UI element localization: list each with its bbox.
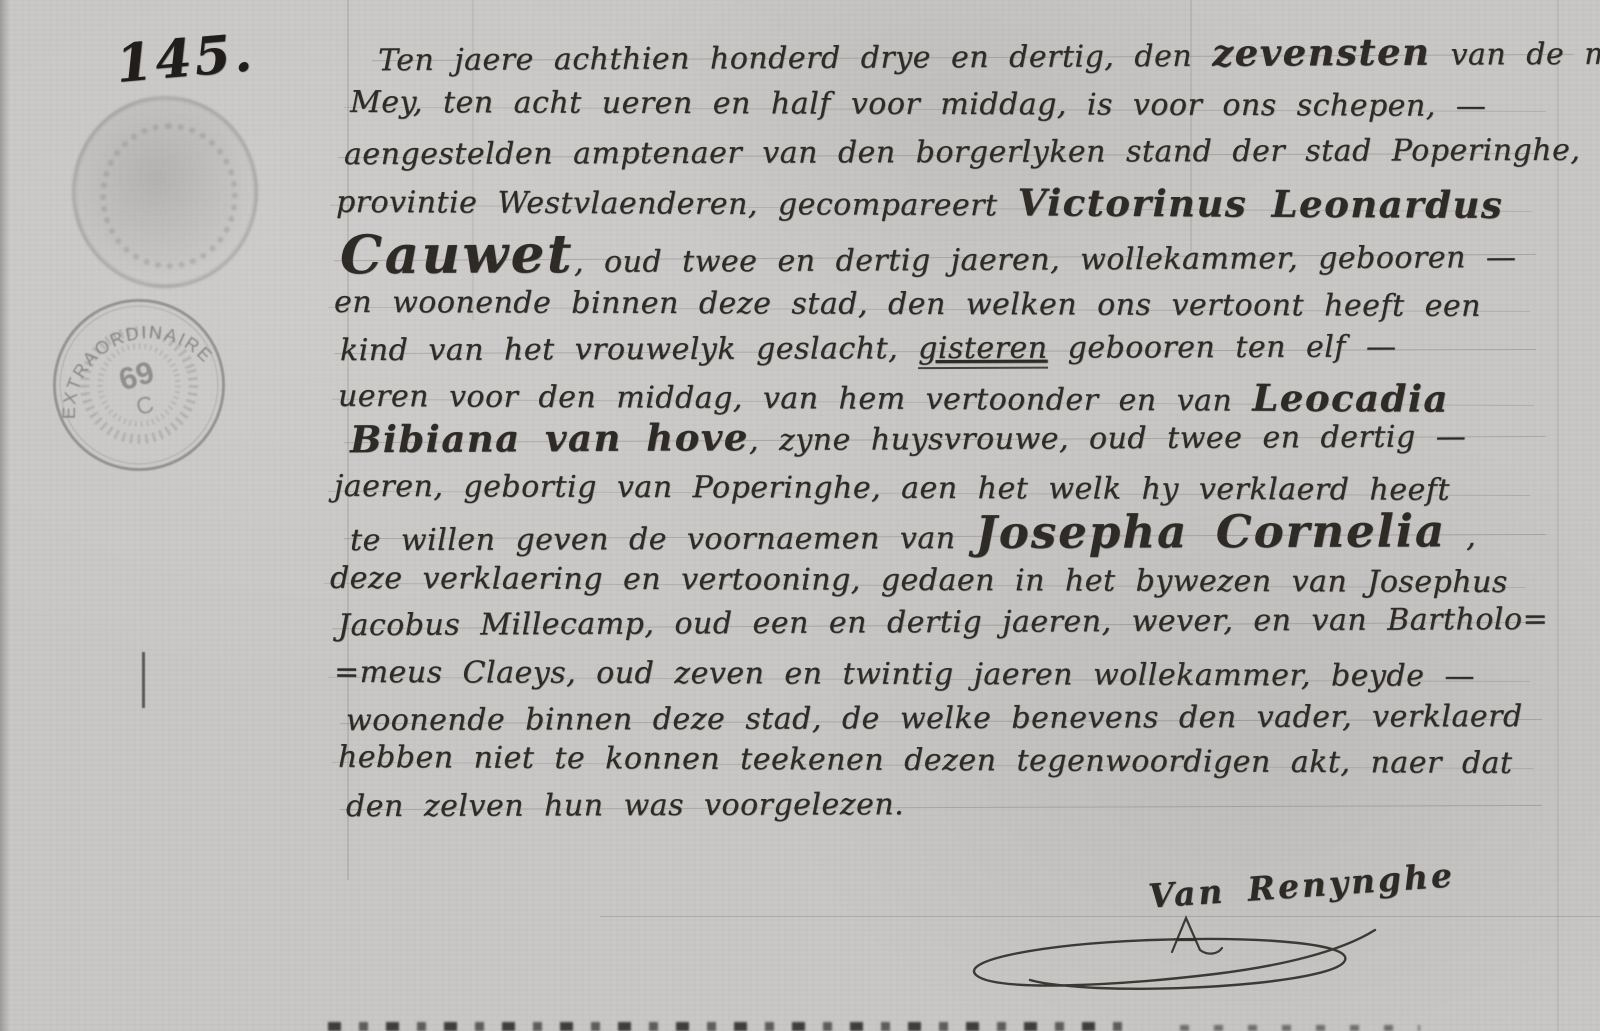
handwritten-line: hebben niet te konnen teekenen dezen teg… <box>338 743 1556 779</box>
handwritten-line: jaeren, gebortig van Poperinghe, aen het… <box>334 472 1552 506</box>
underlined-word: gisteren <box>918 331 1048 369</box>
handwritten-line: te willen geven de voornaemen van Joseph… <box>350 508 1568 557</box>
signature-flourish-icon <box>950 900 1390 1030</box>
next-record-cutoff-marks <box>328 1022 1128 1031</box>
text-segment: te willen geven de voornaemen van <box>350 521 976 558</box>
text-segment: gebooren ten elf — <box>1047 329 1396 365</box>
handwritten-line: kind van het vrouwelyk geslacht, gistere… <box>340 332 1558 366</box>
handwritten-line: Mey, ten acht ueren en half voor middag,… <box>350 88 1568 122</box>
text-segment: ueren voor den middag, van hem vertoonde… <box>338 379 1253 419</box>
act-number: 145. <box>114 22 257 95</box>
text-segment: Jacobus Millecamp, oud een en dertig jae… <box>338 602 1548 643</box>
text-segment: , zyne huysvrouwe, oud twee en dertig — <box>749 419 1466 458</box>
handwritten-line: provintie Westvlaenderen, gecompareert V… <box>336 181 1554 224</box>
text-segment: aengestelden amptenaer van den borgerlyk… <box>344 133 1580 172</box>
text-segment: kind van het vrouwelyk geslacht, <box>340 331 918 368</box>
text-segment: jaeren, gebortig van Poperinghe, aen het… <box>334 469 1450 508</box>
emphasized-name: Bibiana van hove <box>350 415 749 461</box>
emphasized-name: Josepha Cornelia <box>975 504 1446 559</box>
handwritten-line: en woonende binnen deze stad, den welken… <box>334 288 1552 322</box>
handwritten-line: deze verklaering en vertooning, gedaen i… <box>330 564 1548 598</box>
handwritten-line: Ten jaere achthien honderd drye en derti… <box>378 33 1596 76</box>
text-segment: , oud twee en dertig jaeren, wollekammer… <box>574 240 1517 280</box>
text-segment: Mey, ten acht ueren en half voor middag,… <box>350 85 1486 124</box>
emphasized-name: Cauwet <box>340 223 574 286</box>
text-segment: provintie Westvlaenderen, gecompareert <box>336 185 1018 224</box>
next-record-cutoff-marks <box>1180 1025 1420 1031</box>
text-segment: deze verklaering en vertooning, gedaen i… <box>330 561 1508 600</box>
stamp-value: 69 <box>115 354 158 397</box>
handwritten-line: woonende binnen deze stad, de welke bene… <box>346 702 1564 736</box>
emphasized-name: Leocadia <box>1252 376 1449 421</box>
text-segment: hebben niet te konnen teekenen dezen teg… <box>338 740 1513 781</box>
handwritten-line: Jacobus Millecamp, oud een en dertig jae… <box>338 605 1556 641</box>
stamp-unit: C <box>133 391 157 422</box>
text-segment: , <box>1446 519 1476 554</box>
scan-left-edge-shadow <box>0 0 10 1031</box>
handwritten-line: =meus Claeys, oud zeven en twintig jaere… <box>334 658 1552 692</box>
emphasized-name: Victorinus Leonardus <box>1017 180 1503 227</box>
text-segment: =meus Claeys, oud zeven en twintig jaere… <box>334 655 1475 694</box>
extraordinaire-ink-stamp: EXTRAORDINAIRE 69 C <box>21 267 256 502</box>
margin-ink-mark <box>142 652 145 708</box>
emphasized-word: zevensten <box>1212 30 1431 75</box>
handwritten-line: aengestelden amptenaer van den borgerlyk… <box>344 136 1562 170</box>
handwritten-line: Bibiana van hove, zyne huysvrouwe, oud t… <box>350 415 1568 458</box>
text-segment: en woonende binnen deze stad, den welken… <box>334 285 1481 324</box>
faint-round-ink-stamp <box>72 96 258 288</box>
handwritten-line: den zelven hun was voorgelezen. <box>346 788 1564 822</box>
text-segment: Ten jaere achthien honderd drye en derti… <box>378 39 1212 78</box>
text-segment: van de maend <box>1430 36 1600 72</box>
document-page: 145. EXTRAORDINAIRE 69 C Ten jaere achth… <box>0 0 1600 1031</box>
handwritten-line: ueren voor den middag, van hem vertoonde… <box>338 375 1556 418</box>
text-segment: woonende binnen deze stad, de welke bene… <box>346 699 1523 738</box>
text-segment: den zelven hun was voorgelezen. <box>346 787 904 824</box>
handwritten-line: Cauwet, oud twee en dertig jaeren, wolle… <box>340 223 1558 282</box>
